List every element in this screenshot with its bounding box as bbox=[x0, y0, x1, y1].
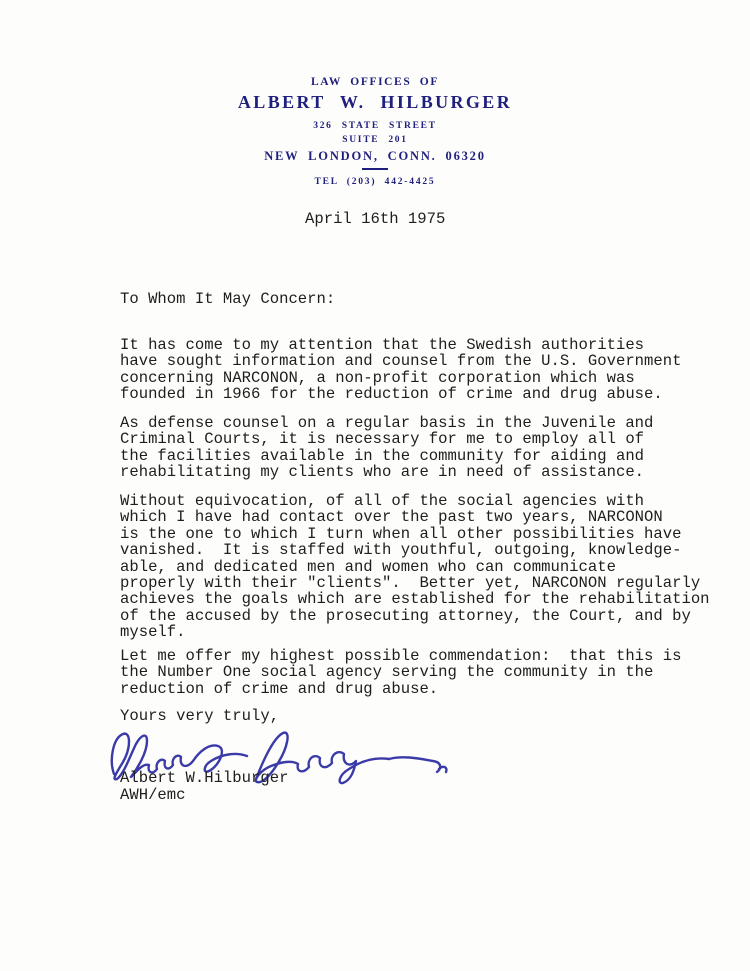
letterhead-firm-name: ALBERT W. HILBURGER bbox=[0, 92, 750, 113]
typed-signature-name: Albert W.Hilburger bbox=[120, 770, 288, 786]
paragraph-4: Let me offer my highest possible commend… bbox=[120, 648, 681, 697]
letter-page: LAW OFFICES OF ALBERT W. HILBURGER 326 S… bbox=[0, 0, 750, 971]
letterhead-street: 326 STATE STREET bbox=[0, 121, 750, 131]
letterhead-divider bbox=[362, 168, 388, 170]
salutation: To Whom It May Concern: bbox=[120, 291, 335, 307]
letterhead: LAW OFFICES OF ALBERT W. HILBURGER 326 S… bbox=[0, 76, 750, 187]
paragraph-1: It has come to my attention that the Swe… bbox=[120, 337, 681, 403]
letterhead-suite: SUITE 201 bbox=[0, 135, 750, 145]
reference-initials: AWH/emc bbox=[120, 787, 186, 803]
paragraph-3: Without equivocation, of all of the soci… bbox=[120, 493, 710, 641]
closing: Yours very truly, bbox=[120, 708, 279, 724]
letterhead-law-offices: LAW OFFICES OF bbox=[0, 76, 750, 88]
letterhead-telephone: TEL (203) 442-4425 bbox=[0, 177, 750, 187]
letterhead-city: NEW LONDON, CONN. 06320 bbox=[0, 149, 750, 164]
paragraph-2: As defense counsel on a regular basis in… bbox=[120, 415, 653, 481]
letter-date: April 16th 1975 bbox=[305, 211, 445, 227]
